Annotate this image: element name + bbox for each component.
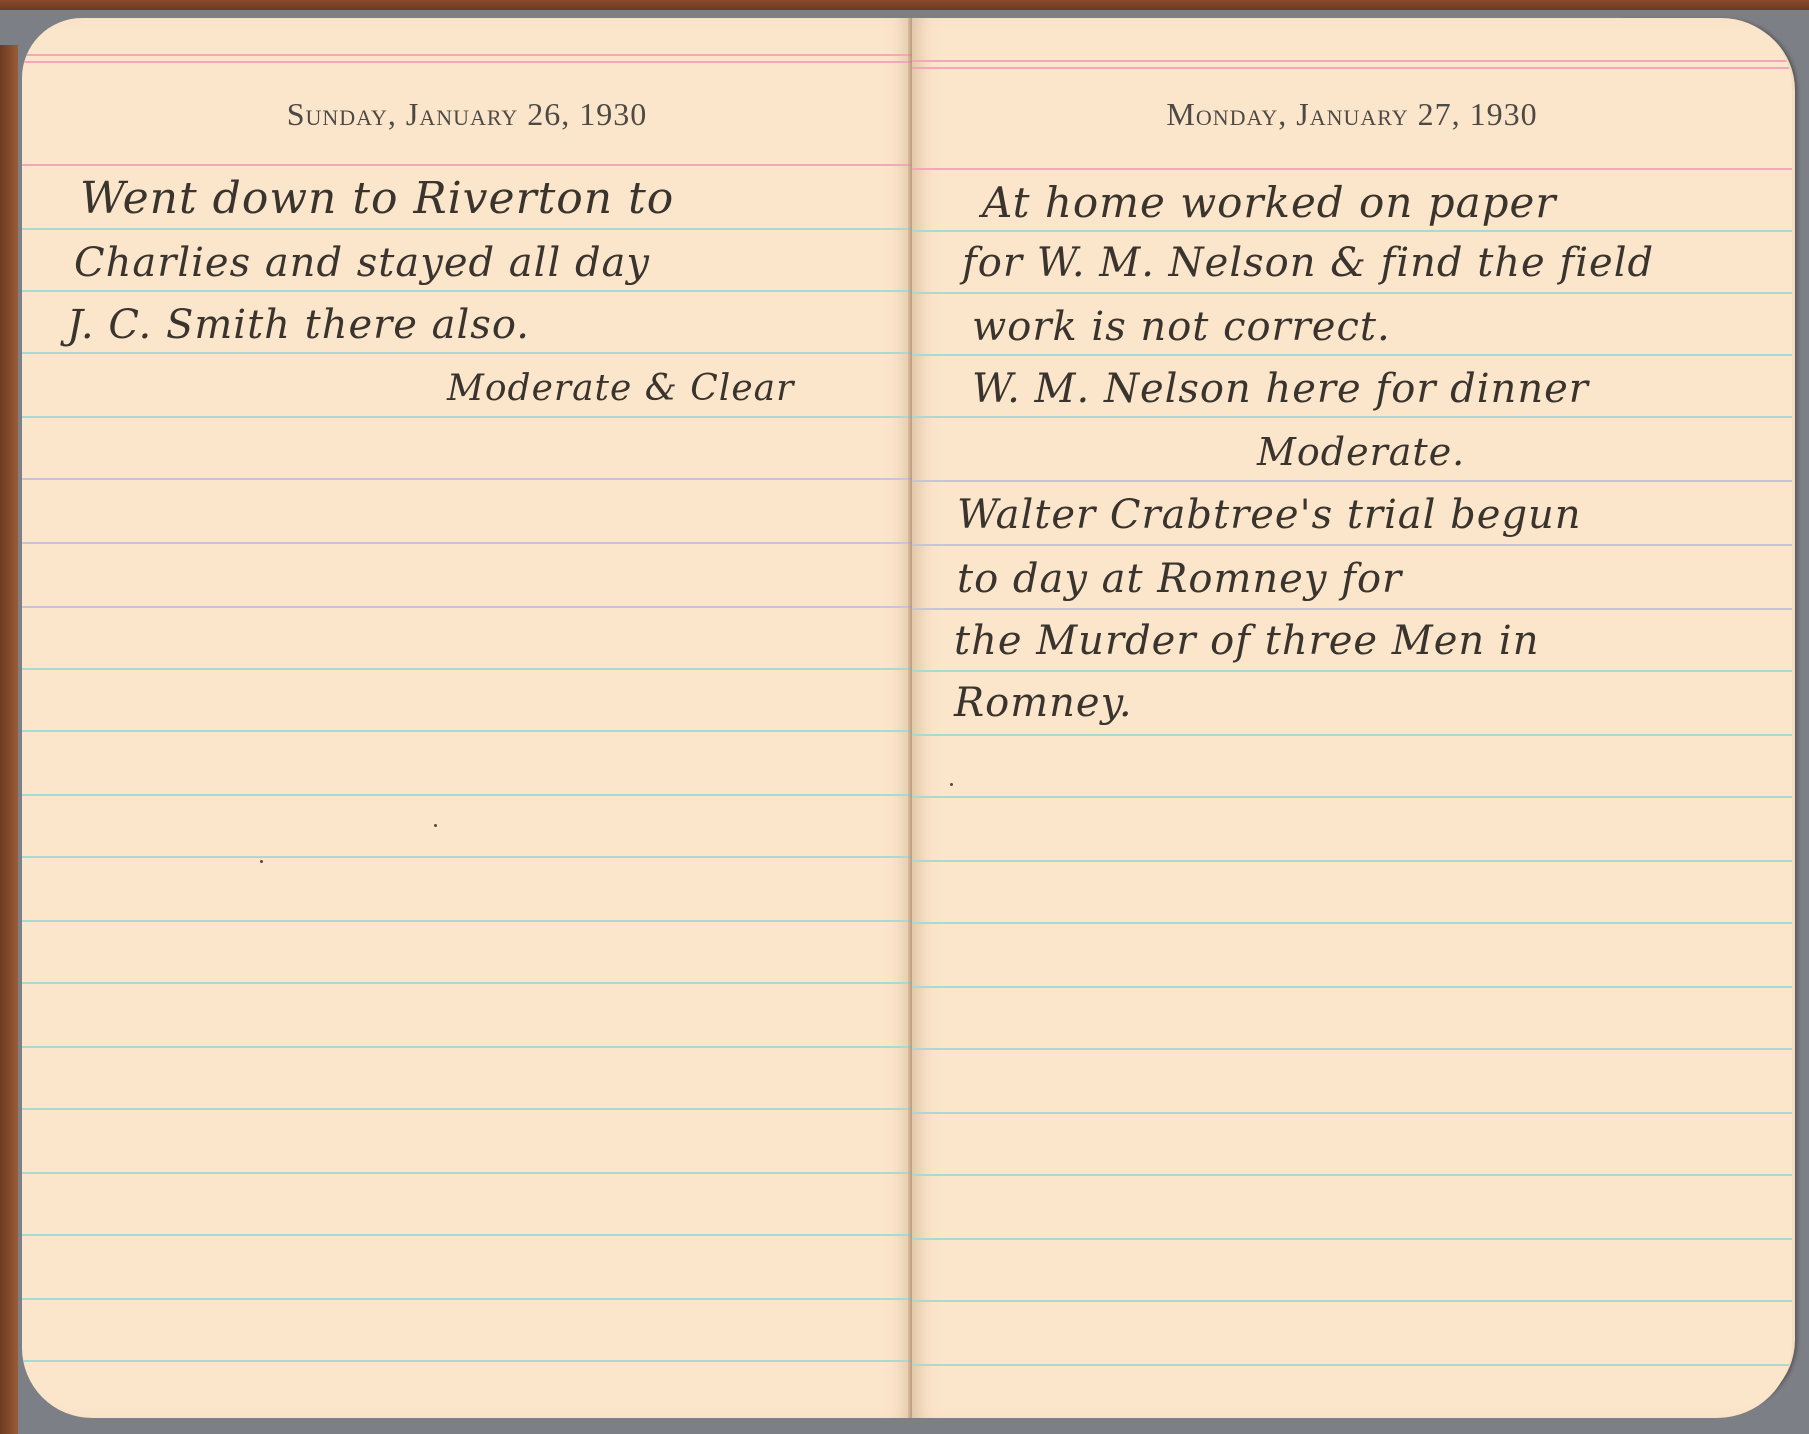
ruled-line [22,982,912,984]
ink-speck [260,860,263,863]
entry-line: J. C. Smith there also. [67,302,530,348]
top-margin-rule [912,168,1792,170]
ruled-line [912,1048,1792,1050]
entry-line: Charlies and stayed all day [74,240,650,286]
ruled-line [912,480,1792,482]
ruled-line [912,416,1792,418]
ruled-line [912,1238,1792,1240]
right-diary-page: Monday, January 27, 1930 At home worked … [912,18,1792,1418]
ruled-line [912,354,1792,356]
ruled-line [22,668,912,670]
entry-line: Went down to Riverton to [80,173,674,224]
entry-line: the Murder of three Men in [954,618,1539,664]
ruled-line [912,922,1792,924]
weather-note: Moderate. [1257,430,1465,474]
ruled-line [22,794,912,796]
left-page-date-header: Sunday, January 26, 1930 [22,96,912,133]
ink-speck [434,824,437,827]
ruled-line [22,352,912,354]
ruled-line [22,478,912,480]
ruled-line [912,796,1792,798]
entry-line: for W. M. Nelson & find the field [962,240,1654,286]
header-rule [912,60,1792,62]
ruled-line [912,734,1792,736]
entry-line: work is not correct. [972,304,1391,350]
ruled-line [912,292,1792,294]
entry-line: to day at Romney for [957,556,1402,602]
ruled-line [22,1360,912,1362]
ruled-line [912,230,1792,232]
ruled-line [22,606,912,608]
ink-speck [950,783,953,786]
ruled-line [912,986,1792,988]
weather-note: Moderate & Clear [447,368,794,409]
entry-line: Walter Crabtree's trial begun [957,492,1582,538]
diary-cover-top [0,0,1809,10]
ruled-line [22,416,912,418]
ruled-line [22,1298,912,1300]
top-margin-rule [22,164,912,166]
ruled-line [22,1046,912,1048]
ruled-line [912,1300,1792,1302]
ruled-line [22,1234,912,1236]
header-rule [912,67,1792,69]
header-rule [22,61,912,63]
right-page-date-header: Monday, January 27, 1930 [912,96,1792,133]
entry-line: At home worked on paper [982,178,1556,227]
ruled-line [22,542,912,544]
ruled-line [912,1174,1792,1176]
ruled-line [22,920,912,922]
ruled-line [912,860,1792,862]
ruled-line [22,1172,912,1174]
ruled-line [912,544,1792,546]
left-diary-page: Sunday, January 26, 1930 Went down to Ri… [22,18,912,1418]
ruled-line [22,228,912,230]
ruled-line [912,1112,1792,1114]
ruled-line [912,1364,1792,1366]
entry-line: Romney. [954,680,1133,726]
ruled-line [22,856,912,858]
diary-cover-left-edge [0,45,18,1434]
ruled-line [22,730,912,732]
ruled-line [912,608,1792,610]
entry-line: W. M. Nelson here for dinner [972,366,1589,412]
ruled-line [22,1108,912,1110]
header-rule [22,54,912,56]
ruled-line [22,290,912,292]
ruled-line [912,670,1792,672]
